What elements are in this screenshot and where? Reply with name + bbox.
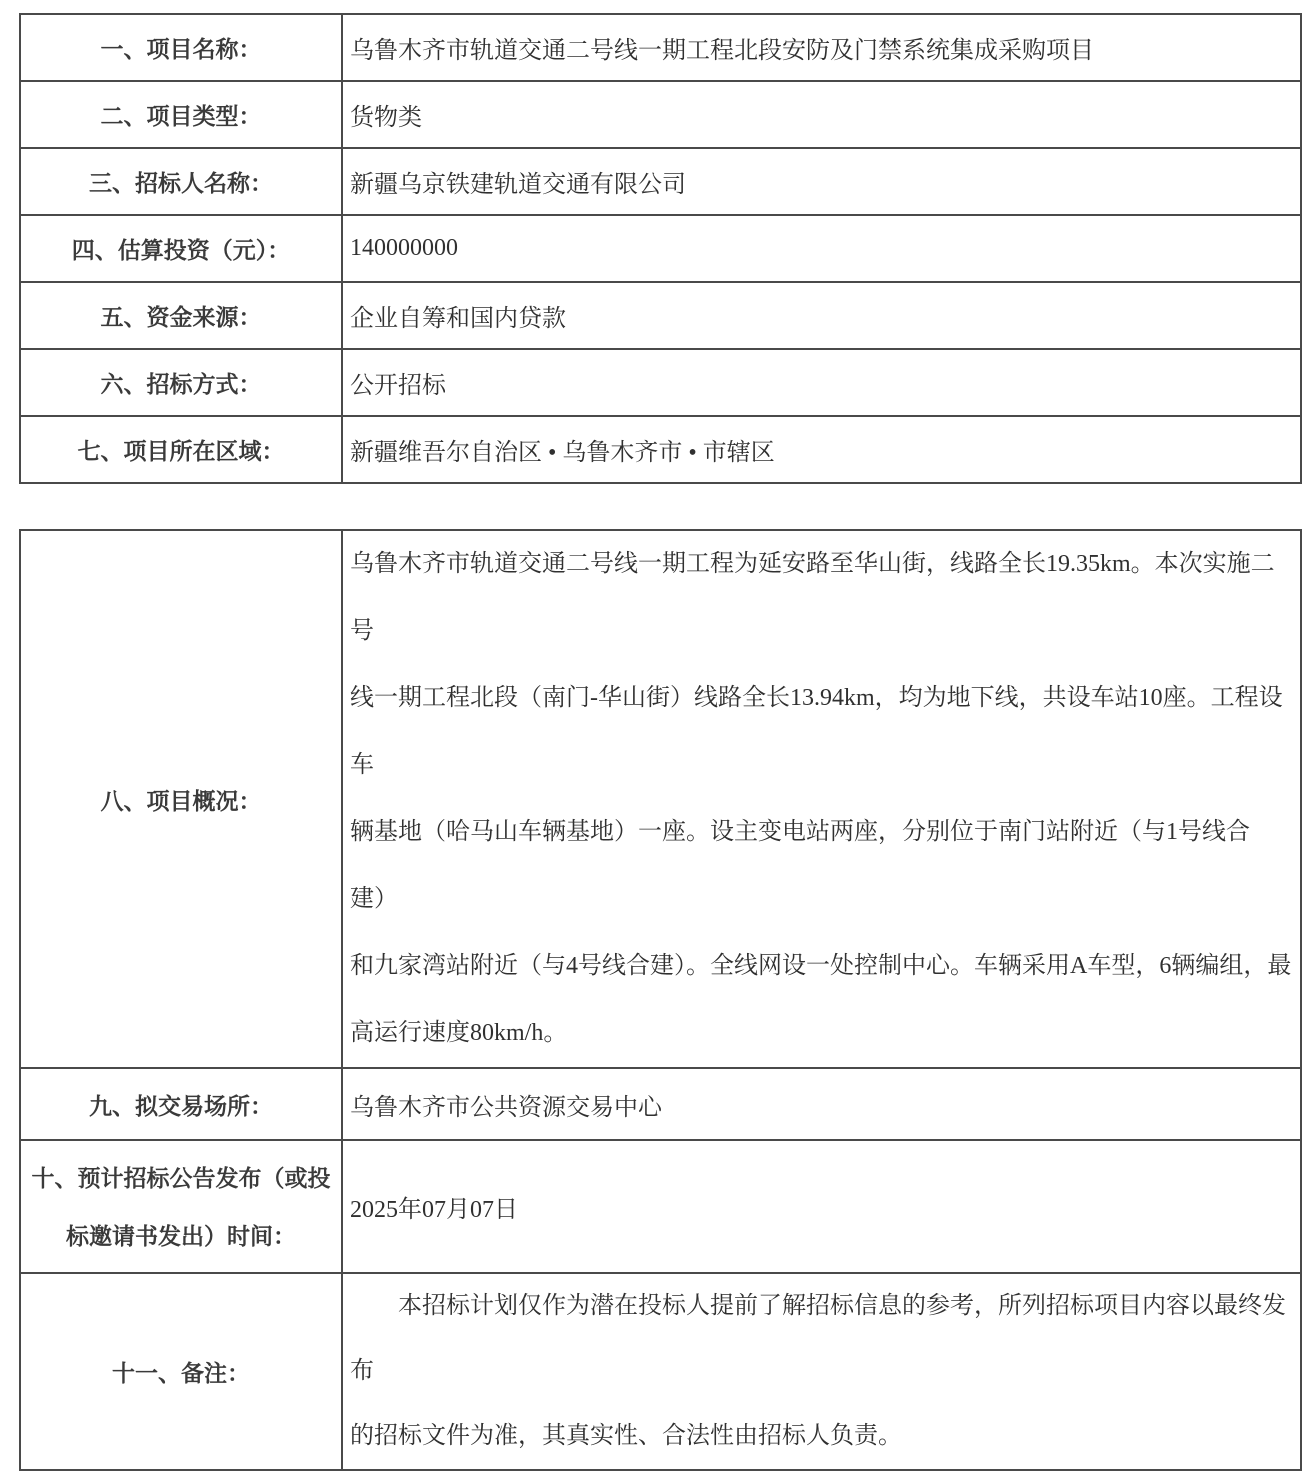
- field-label-project-region: 七、项目所在区域：: [20, 416, 342, 483]
- table-row-project-name: 一、项目名称： 乌鲁木齐市轨道交通二号线一期工程北段安防及门禁系统集成采购项目: [20, 14, 1301, 81]
- table-row-project-overview: 八、项目概况： 乌鲁木齐市轨道交通二号线一期工程为延安路至华山街，线路全长19.…: [20, 530, 1301, 1068]
- field-value-tenderer-name: 新疆乌京铁建轨道交通有限公司: [342, 148, 1301, 215]
- field-label-tender-method: 六、招标方式：: [20, 349, 342, 416]
- document-page: 一、项目名称： 乌鲁木齐市轨道交通二号线一期工程北段安防及门禁系统集成采购项目 …: [19, 13, 1302, 1471]
- field-label-funding-source: 五、资金来源：: [20, 282, 342, 349]
- field-label-announcement-date: 十、预计招标公告发布（或投 标邀请书发出）时间：: [20, 1140, 342, 1273]
- field-value-estimated-investment: 140000000: [342, 215, 1301, 282]
- field-value-funding-source: 企业自筹和国内贷款: [342, 282, 1301, 349]
- field-label-tenderer-name: 三、招标人名称：: [20, 148, 342, 215]
- field-label-project-overview: 八、项目概况：: [20, 530, 342, 1068]
- table-row-funding-source: 五、资金来源： 企业自筹和国内贷款: [20, 282, 1301, 349]
- table-row-project-region: 七、项目所在区域： 新疆维吾尔自治区 • 乌鲁木齐市 • 市辖区: [20, 416, 1301, 483]
- field-value-announcement-date: 2025年07月07日: [342, 1140, 1301, 1273]
- table-row-remarks: 十一、备注： 本招标计划仅作为潜在投标人提前了解招标信息的参考，所列招标项目内容…: [20, 1273, 1301, 1470]
- table-row-announcement-date: 十、预计招标公告发布（或投 标邀请书发出）时间： 2025年07月07日: [20, 1140, 1301, 1273]
- project-detail-table: 八、项目概况： 乌鲁木齐市轨道交通二号线一期工程为延安路至华山街，线路全长19.…: [19, 529, 1302, 1471]
- field-value-project-type: 货物类: [342, 81, 1301, 148]
- table-row-tenderer-name: 三、招标人名称： 新疆乌京铁建轨道交通有限公司: [20, 148, 1301, 215]
- field-value-remarks: 本招标计划仅作为潜在投标人提前了解招标信息的参考，所列招标项目内容以最终发布 的…: [342, 1273, 1301, 1470]
- field-value-project-overview: 乌鲁木齐市轨道交通二号线一期工程为延安路至华山街，线路全长19.35km。本次实…: [342, 530, 1301, 1068]
- table-row-tender-method: 六、招标方式： 公开招标: [20, 349, 1301, 416]
- project-info-table: 一、项目名称： 乌鲁木齐市轨道交通二号线一期工程北段安防及门禁系统集成采购项目 …: [19, 13, 1302, 484]
- field-label-trading-venue: 九、拟交易场所：: [20, 1068, 342, 1140]
- table-row-project-type: 二、项目类型： 货物类: [20, 81, 1301, 148]
- field-value-trading-venue: 乌鲁木齐市公共资源交易中心: [342, 1068, 1301, 1140]
- field-label-project-type: 二、项目类型：: [20, 81, 342, 148]
- table-row-estimated-investment: 四、估算投资（元）： 140000000: [20, 215, 1301, 282]
- field-value-project-region: 新疆维吾尔自治区 • 乌鲁木齐市 • 市辖区: [342, 416, 1301, 483]
- field-value-project-name: 乌鲁木齐市轨道交通二号线一期工程北段安防及门禁系统集成采购项目: [342, 14, 1301, 81]
- table-row-trading-venue: 九、拟交易场所： 乌鲁木齐市公共资源交易中心: [20, 1068, 1301, 1140]
- field-label-project-name: 一、项目名称：: [20, 14, 342, 81]
- field-value-tender-method: 公开招标: [342, 349, 1301, 416]
- field-label-remarks: 十一、备注：: [20, 1273, 342, 1470]
- field-label-estimated-investment: 四、估算投资（元）：: [20, 215, 342, 282]
